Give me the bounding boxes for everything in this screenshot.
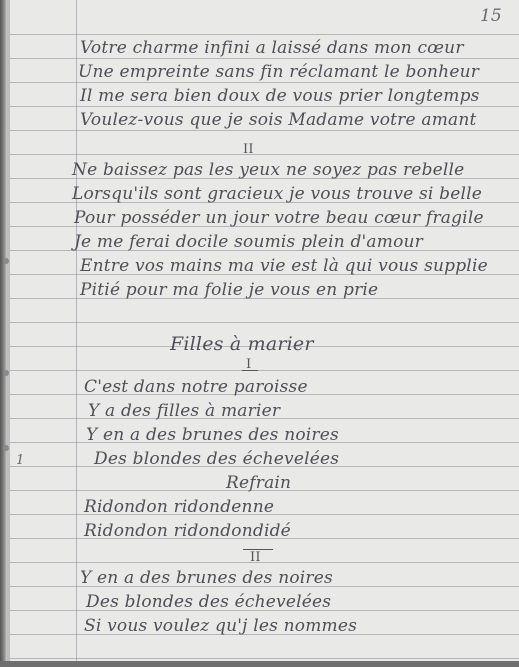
page-number: 15 [480,6,502,26]
binding-shadow [7,0,10,667]
margin-line [76,0,77,667]
verse-2-numeral: II [250,550,261,565]
verse-1-line-2: Y a des filles à marier [88,401,280,421]
refrain-line-1: Ridondon ridondenne [84,497,274,517]
verse-1-line-1: C'est dans notre paroisse [84,377,308,397]
stanza-2-numeral: II [243,142,254,157]
refrain-line-2: Ridondon ridondondidé [84,521,291,541]
punch-hole [3,258,9,264]
binding-edge [0,0,7,667]
notebook-page: 15 Votre charme infini a laissé dans mon… [0,0,519,667]
verse-2-line-3: Si vous voulez qu'j les nommes [84,616,357,636]
punch-hole [3,445,9,451]
verse-1-line-4: Des blondes des échevelées [94,449,339,469]
stanza-2-line-1: Ne baissez pas les yeux ne soyez pas reb… [72,160,464,180]
stanza-1-line-4: Voulez-vous que je sois Madame votre ama… [80,110,477,130]
punch-hole [3,370,9,376]
refrain-label: Refrain [226,473,291,493]
margin-mark: 1 [16,453,24,468]
stanza-2-line-4: Je me ferai docile soumis plein d'amour [74,232,423,252]
page-bottom-edge [0,661,519,667]
verse-2-line-1: Y en a des brunes des noires [80,568,333,588]
stanza-2-line-5: Entre vos mains ma vie est là qui vous s… [80,256,488,276]
song-title: Filles à marier [170,333,314,355]
stanza-1-line-1: Votre charme infini a laissé dans mon cœ… [80,38,464,58]
stanza-1-line-3: Il me sera bien doux de vous prier longt… [80,86,480,106]
verse-2-line-2: Des blondes des échevelées [86,592,331,612]
stanza-1-line-2: Une empreinte sans fin réclamant le bonh… [78,62,479,82]
stanza-2-line-3: Pour posséder un jour votre beau cœur fr… [74,208,484,228]
numeral-underline [242,370,258,371]
stanza-2-line-2: Lorsqu'ils sont gracieux je vous trouve … [72,184,482,204]
verse-1-line-3: Y en a des brunes des noires [86,425,339,445]
stanza-2-line-6: Pitié pour ma folie je vous en prie [80,280,378,300]
